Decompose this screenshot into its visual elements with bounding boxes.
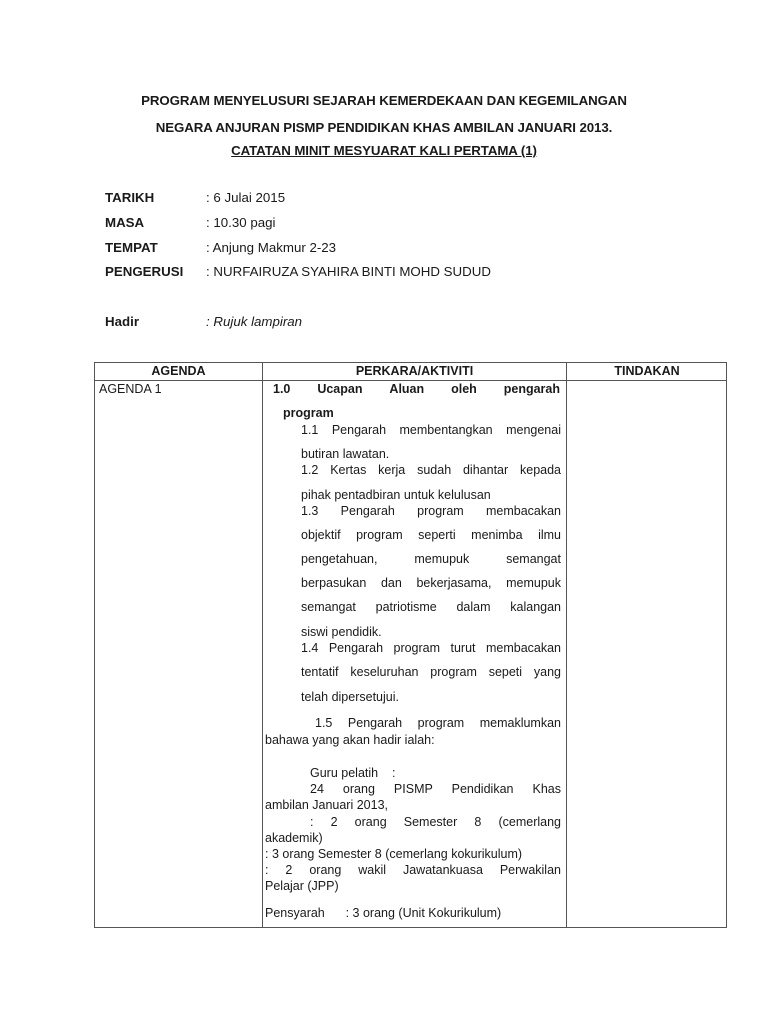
activity-line: : 2 orang Semester 8 (cemerlang: [310, 815, 561, 829]
activity-line: 1.4 Pengarah program turut membacakan: [301, 641, 561, 655]
agenda-cell: AGENDA 1: [99, 382, 162, 396]
activity-line: 1.1 Pengarah membentangkan mengenai: [301, 423, 561, 437]
activity-line: 24 orang PISMP Pendidikan Khas: [310, 782, 561, 796]
activity-line: 1.5 Pengarah program memaklumkan: [315, 716, 561, 730]
activity-line: semangat patriotisme dalam kalangan: [301, 600, 561, 614]
column-header-perkara: PERKARA/AKTIVITI: [263, 363, 566, 380]
header-divider: [95, 380, 726, 381]
activity-line: butiran lawatan.: [301, 447, 561, 461]
activity-line: pengetahuan, memupuk semangat: [301, 552, 561, 566]
meta-value: : 6 Julai 2015: [206, 190, 285, 205]
meta-value: : Anjung Makmur 2-23: [206, 240, 336, 255]
meta-label: TARIKH: [105, 190, 154, 205]
activity-line: : 2 orang wakil Jawatankuasa Perwakilan: [265, 863, 561, 877]
activity-line: Guru pelatih :: [310, 766, 510, 780]
column-divider: [262, 363, 263, 927]
meta-value: : NURFAIRUZA SYAHIRA BINTI MOHD SUDUD: [206, 264, 491, 279]
activity-line: berpasukan dan bekerjasama, memupuk: [301, 576, 561, 590]
minutes-table: AGENDA PERKARA/AKTIVITI TINDAKAN AGENDA …: [94, 362, 727, 928]
activity-line: akademik): [265, 831, 561, 845]
activity-line: tentatif keseluruhan program sepeti yang: [301, 665, 561, 679]
meta-label: PENGERUSI: [105, 264, 183, 279]
agenda-heading: 1.0UcapanAluanolehpengarah: [273, 382, 560, 396]
activity-line: : 3 orang Semester 8 (cemerlang kokuriku…: [265, 847, 561, 861]
activity-line: 1.3 Pengarah program membacakan: [301, 504, 561, 518]
activity-line: siswi pendidik.: [301, 625, 561, 639]
activity-line: Pelajar (JPP): [265, 879, 561, 893]
activity-line: objektif program seperti menimba ilmu: [301, 528, 561, 542]
column-divider: [566, 363, 567, 927]
activity-line: Pensyarah : 3 orang (Unit Kokurikulum): [265, 906, 561, 920]
activity-line: ambilan Januari 2013,: [265, 798, 561, 812]
column-header-agenda: AGENDA: [95, 363, 262, 380]
activity-line: bahawa yang akan hadir ialah:: [265, 733, 561, 747]
document-subtitle: CATATAN MINIT MESYUARAT KALI PERTAMA (1): [0, 143, 768, 158]
activity-line: 1.2 Kertas kerja sudah dihantar kepada: [301, 463, 561, 477]
meta-value: : 10.30 pagi: [206, 215, 276, 230]
activity-line: telah dipersetujui.: [301, 690, 561, 704]
meta-label: TEMPAT: [105, 240, 158, 255]
meta-value: : Rujuk lampiran: [206, 314, 302, 329]
agenda-heading-cont: program: [283, 406, 334, 420]
meta-label: Hadir: [105, 314, 139, 329]
document-title-line2: NEGARA ANJURAN PISMP PENDIDIKAN KHAS AMB…: [0, 120, 768, 135]
activity-line: pihak pentadbiran untuk kelulusan: [301, 488, 561, 502]
column-header-tindakan: TINDAKAN: [567, 363, 727, 380]
meta-label: MASA: [105, 215, 144, 230]
document-title-line1: PROGRAM MENYELUSURI SEJARAH KEMERDEKAAN …: [0, 93, 768, 108]
